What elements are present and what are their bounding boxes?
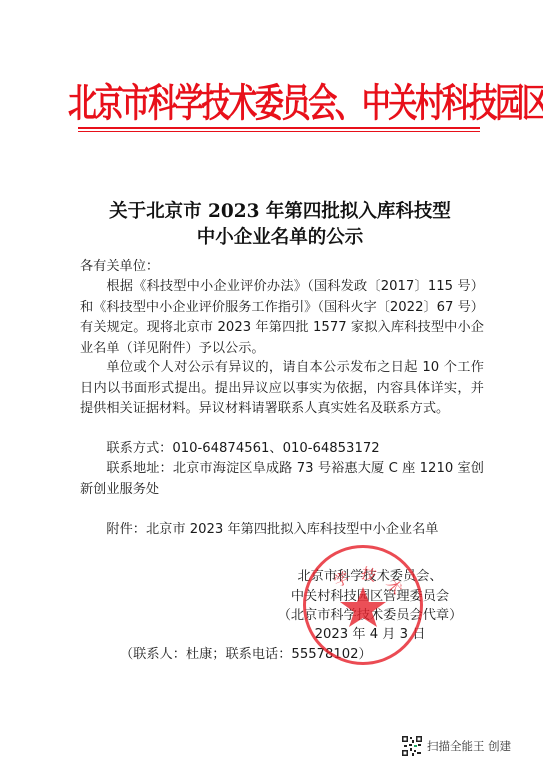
watermark-text: 扫描全能王 创建: [427, 738, 511, 754]
contact-phone: 联系方式：010-64874561、010-64853172: [80, 439, 484, 460]
paragraph-basis: 根据《科技型中小企业评价办法》（国科发政〔2017〕115 号）和《科技型中小企…: [80, 277, 484, 359]
title-line-2: 中小企业名单的公示: [90, 225, 470, 251]
document-title: 关于北京市 2023 年第四批拟入库科技型 中小企业名单的公示: [90, 199, 470, 251]
letterhead-issuer: 北京市科学技术委员会、中关村科技园区管理委员会: [68, 72, 478, 134]
salutation: 各有关单位：: [80, 257, 484, 278]
letterhead-divider-thick: [78, 127, 480, 129]
attachment-note: 附件：北京市 2023 年第四批拟入库科技型中小企业名单: [80, 520, 484, 541]
contact-address: 联系地址：北京市海淀区阜成路 73 号裕惠大厦 C 座 1210 室创新创业服务…: [80, 459, 484, 500]
paragraph-objection: 单位或个人对公示有异议的，请自本公示发布之日起 10 个工作日内以书面形式提出。…: [80, 358, 484, 420]
signature-contact: （联系人：杜康；联系电话：55578102）: [120, 645, 372, 665]
signature-date: 2023 年 4 月 3 日: [260, 625, 480, 645]
letterhead-divider-thin: [78, 131, 480, 132]
title-line-1: 关于北京市 2023 年第四批拟入库科技型: [90, 199, 470, 225]
signature-line-3: （北京市科学技术委员会代章）: [250, 606, 490, 626]
qr-code-icon: [402, 736, 422, 756]
scanner-watermark: 扫描全能王 创建: [402, 736, 511, 756]
signature-line-1: 北京市科学技术委员会、: [260, 567, 480, 587]
signature-line-2: 中关村科技园区管理委员会: [260, 587, 480, 607]
